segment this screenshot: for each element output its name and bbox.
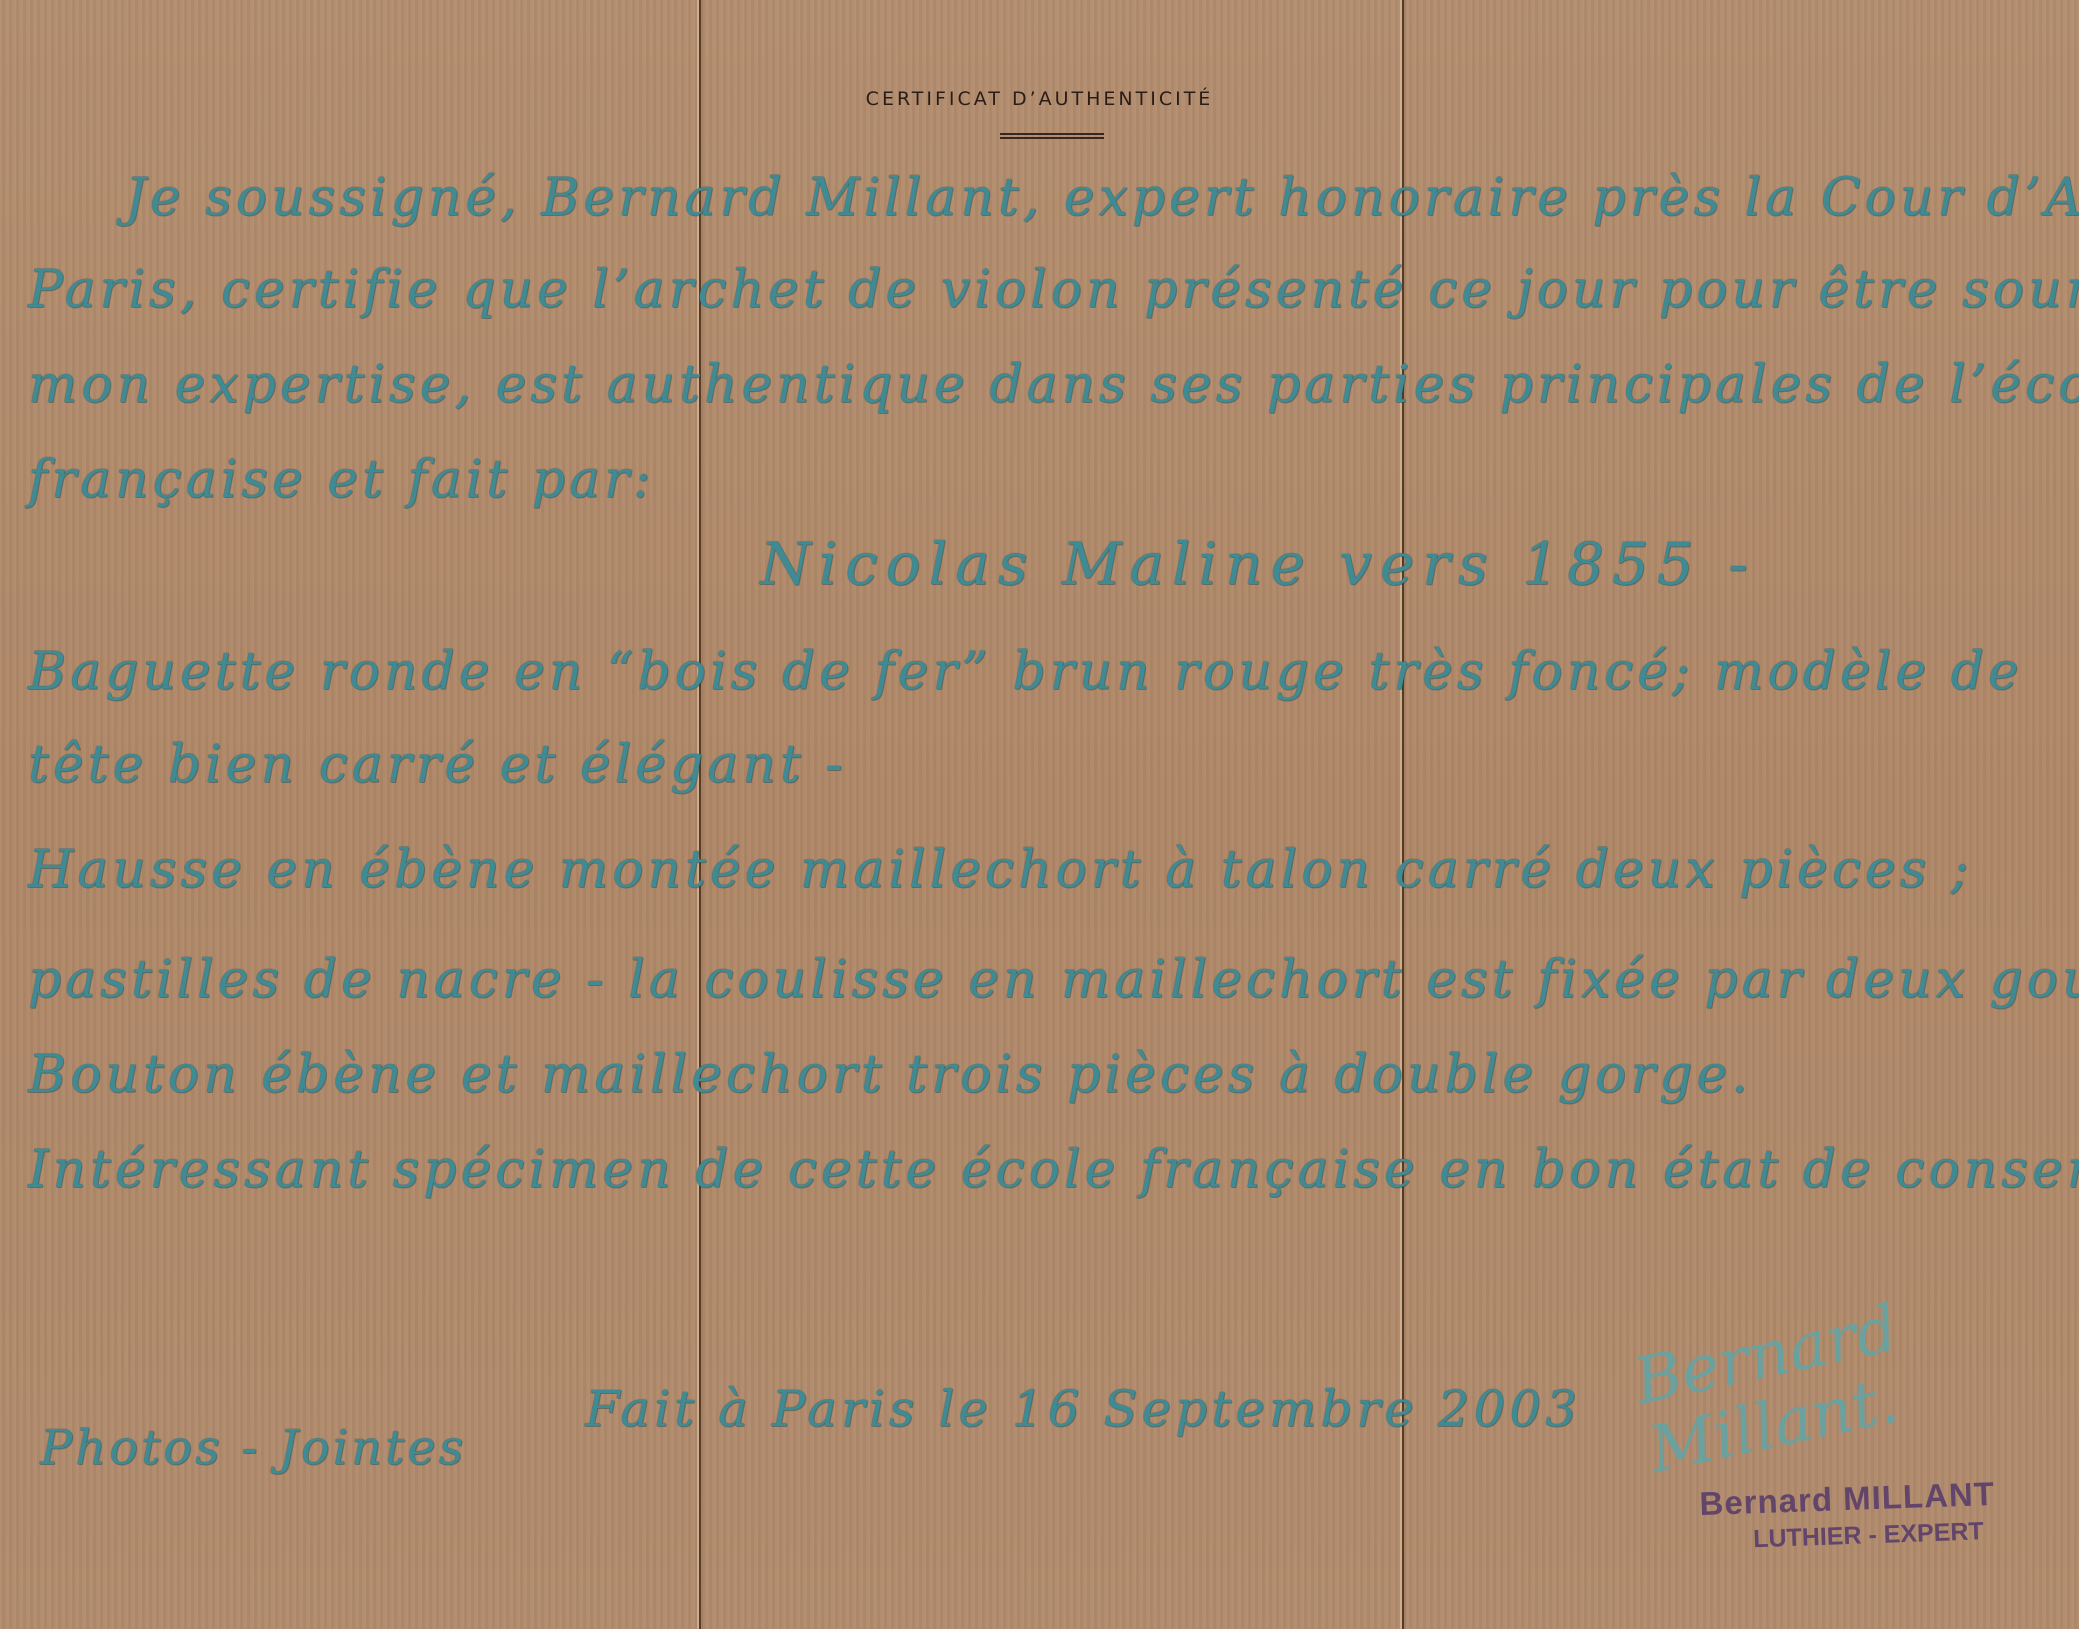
- body-line-6: Baguette ronde en “bois de fer” brun rou…: [28, 642, 2023, 702]
- date-place-line: Fait à Paris le 16 Septembre 2003: [585, 1380, 1581, 1438]
- handwritten-signature: Bernard Millant.: [1628, 1294, 1918, 1486]
- maker-attribution: Nicolas Maline vers 1855 -: [760, 530, 1756, 598]
- certificate-title: CERTIFICAT D’AUTHENTICITÉ: [0, 88, 2079, 110]
- body-line-11: Intéressant spécimen de cette école fran…: [28, 1140, 2079, 1200]
- title-double-rule: [1000, 133, 1104, 139]
- certificate-page: CERTIFICAT D’AUTHENTICITÉ Je soussigné, …: [0, 0, 2079, 1629]
- body-line-3: mon expertise, est authentique dans ses …: [28, 355, 2079, 415]
- stamp-name: Bernard MILLANT: [1699, 1475, 1996, 1523]
- body-line-10: Bouton ébène et maillechort trois pièces…: [28, 1045, 1752, 1105]
- body-line-4: française et fait par:: [28, 450, 655, 510]
- body-line-9: pastilles de nacre - la coulisse en mail…: [28, 950, 2079, 1010]
- stamp-title: LUTHIER - EXPERT: [1740, 1517, 1996, 1555]
- body-line-7: tête bien carré et élégant -: [28, 735, 847, 795]
- body-line-8: Hausse en ébène montée maillechort à tal…: [28, 840, 1972, 900]
- photos-note: Photos - Jointes: [40, 1420, 466, 1476]
- body-line-1: Je soussigné, Bernard Millant, expert ho…: [125, 168, 2079, 228]
- expert-stamp: Bernard MILLANT LUTHIER - EXPERT: [1699, 1475, 1997, 1556]
- body-line-2: Paris, certifie que l’archet de violon p…: [28, 260, 2079, 320]
